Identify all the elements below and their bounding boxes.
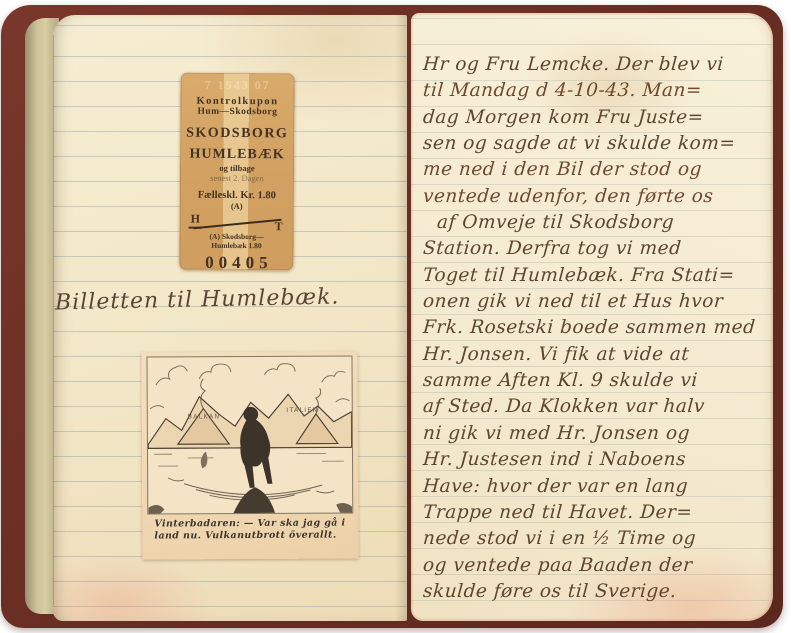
diary-line: me ned i den Bil der stod og (422, 157, 770, 183)
diary-line: Hr. Jonsen. Vi fik at vide at (422, 342, 770, 368)
ticket-header: Kontrolkupon (180, 96, 294, 108)
ticket-fare-class: (A) (180, 201, 294, 212)
diary-line: nede stod vi i en ½ Time og (422, 526, 770, 552)
newspaper-clipping: BALKAN ITALIEN (141, 351, 358, 559)
diary-line: dag Morgen kom Fru Juste= (422, 105, 770, 131)
diary-line: Hr og Fru Lemcke. Der blev vi (422, 52, 770, 78)
diary-line: Trappe ned til Havet. Der= (422, 500, 770, 526)
diary-scan: 7 1943 07 Kontrolkupon Hum—Skodsborg SKO… (0, 0, 791, 633)
winter-bather-cartoon: BALKAN ITALIEN (146, 355, 353, 514)
ticket-cancel-stroke (194, 219, 282, 230)
notebook-cover: 7 1943 07 Kontrolkupon Hum—Skodsborg SKO… (1, 5, 783, 628)
diary-line: Station. Derfra tog vi med (422, 236, 770, 262)
diary-line: sen og sagde at vi skulde kom= (422, 131, 770, 157)
diary-line: onen gik vi ned til et Hus hvor (422, 289, 770, 315)
ticket-station-from: SKODSBORG (180, 126, 294, 143)
diary-line: Have: hvor der var en lang (422, 474, 770, 500)
diary-entry: Hr og Fru Lemcke. Der blev vi til Mandag… (423, 52, 769, 605)
ticket-punch-marks: H T (180, 212, 294, 233)
map-label-balkan: BALKAN (188, 412, 221, 420)
ticket-station-to: HUMLEBÆK (180, 147, 294, 164)
diary-line: ventede udenfor, den førte os (422, 184, 770, 210)
train-ticket: 7 1943 07 Kontrolkupon Hum—Skodsborg SKO… (179, 73, 294, 271)
ticket-route-line2: Humlebæk 1.80 (179, 241, 293, 251)
diary-line: Toget til Humlebæk. Fra Stati= (422, 263, 770, 289)
ticket-mark-t: T (275, 219, 283, 234)
diary-line: samme Aften Kl. 9 skulde vi (422, 368, 770, 394)
clipping-caption-line1: Vinterbadaren: — Var ska jag gå i (154, 517, 348, 530)
diary-line: og ventede paa Baaden der (422, 553, 770, 579)
ticket-fare: Fælleskl. Kr. 1.80 (180, 190, 294, 202)
handwritten-caption: Billetten til Humlebæk. (55, 284, 385, 316)
diary-line: af Sted. Da Klokken var halv (422, 394, 770, 420)
diary-line: ni gik vi med Hr. Jonsen og (422, 421, 770, 447)
map-label-italien: ITALIEN (286, 406, 318, 414)
diary-line: Hr. Justesen ind i Naboens (422, 447, 770, 473)
left-page: 7 1943 07 Kontrolkupon Hum—Skodsborg SKO… (53, 15, 407, 621)
ticket-validity-note: senest 2. Dagen (180, 173, 294, 184)
diary-line: af Omveje til Skodsborg (422, 210, 770, 236)
ticket-route-header: Hum—Skodsborg (180, 107, 294, 118)
ticket-serial-number: 00405 (179, 253, 293, 274)
clipping-caption-line2: land nu. Vulkanutbrott överallt. (154, 529, 348, 542)
diary-line: til Mandag d 4-10-43. Man= (422, 78, 770, 104)
diary-line: skulde føre os til Sverige. (422, 579, 770, 605)
diary-line: Frk. Rosetski boede sammen med (422, 315, 770, 341)
ticket-date-stamp: 7 1943 07 (181, 78, 295, 94)
right-page: Hr og Fru Lemcke. Der blev vi til Mandag… (411, 13, 773, 621)
